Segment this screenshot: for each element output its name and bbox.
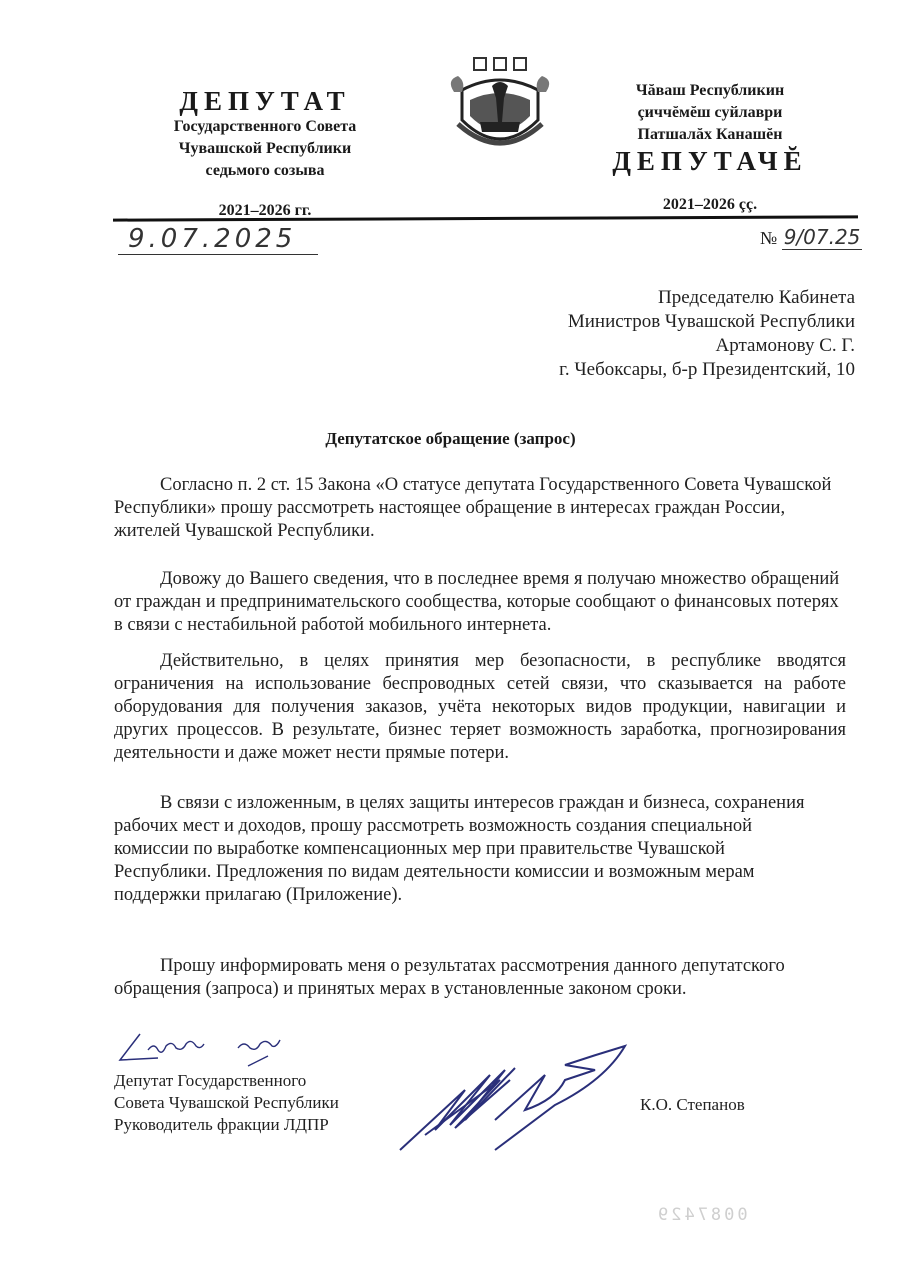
signatory-position: Депутат Государственного Совета Чувашско… (114, 1070, 339, 1136)
left-signature-icon (118, 1030, 318, 1075)
addressee-line: г. Чебоксары, б-р Президентский, 10 (559, 358, 855, 382)
paragraph: В связи с изложенным, в целях защиты инт… (114, 792, 814, 907)
addressee-line: Артамонову С. Г. (559, 334, 855, 358)
main-signature-icon (395, 1040, 635, 1160)
header-left-line: Государственного Совета (140, 116, 390, 138)
addressee-line: Министров Чувашской Республики (559, 310, 855, 334)
document-number: № 9/07.25 (760, 225, 862, 249)
header-right-years: 2021–2026 çç. (585, 196, 835, 214)
paragraph: Согласно п. 2 ст. 15 Закона «О статусе д… (114, 474, 846, 543)
header-left-block: ДЕПУТАТ Государственного Совета Чувашско… (140, 86, 390, 220)
serial-stamp: 0087429 (655, 1205, 748, 1225)
paragraph: Прошу информировать меня о результатах р… (114, 955, 814, 1001)
document-title: Депутатское обращение (запрос) (0, 429, 901, 449)
header-right-title: ДЕПУТАЧĔ (585, 146, 835, 176)
number-label: № (760, 228, 777, 248)
header-right-line: çиччĕмĕш суйлаври (585, 102, 835, 124)
position-line: Депутат Государственного (114, 1070, 339, 1092)
header-left-title: ДЕПУТАТ (140, 86, 390, 116)
number-value: 9/07.25 (782, 225, 863, 250)
header-right-line: Патшалăх Канашĕн (585, 124, 835, 146)
addressee-line: Председателю Кабинета (559, 286, 855, 310)
position-line: Руководитель фракции ЛДПР (114, 1114, 339, 1136)
coat-of-arms-icon (440, 50, 560, 160)
document-date: 9.07.2025 (118, 224, 318, 255)
header-right-line: Чăваш Республикин (585, 80, 835, 102)
header-left-line: седьмого созыва (140, 160, 390, 182)
header-right-block: Чăваш Республикин çиччĕмĕш суйлаври Патш… (585, 80, 835, 214)
signatory-name: К.О. Степанов (640, 1095, 745, 1115)
position-line: Совета Чувашской Республики (114, 1092, 339, 1114)
addressee-block: Председателю Кабинета Министров Чувашско… (559, 286, 855, 382)
paragraph: Довожу до Вашего сведения, что в последн… (114, 568, 846, 637)
paragraph: Действительно, в целях принятия мер безо… (114, 650, 846, 765)
header-left-line: Чувашской Республики (140, 138, 390, 160)
